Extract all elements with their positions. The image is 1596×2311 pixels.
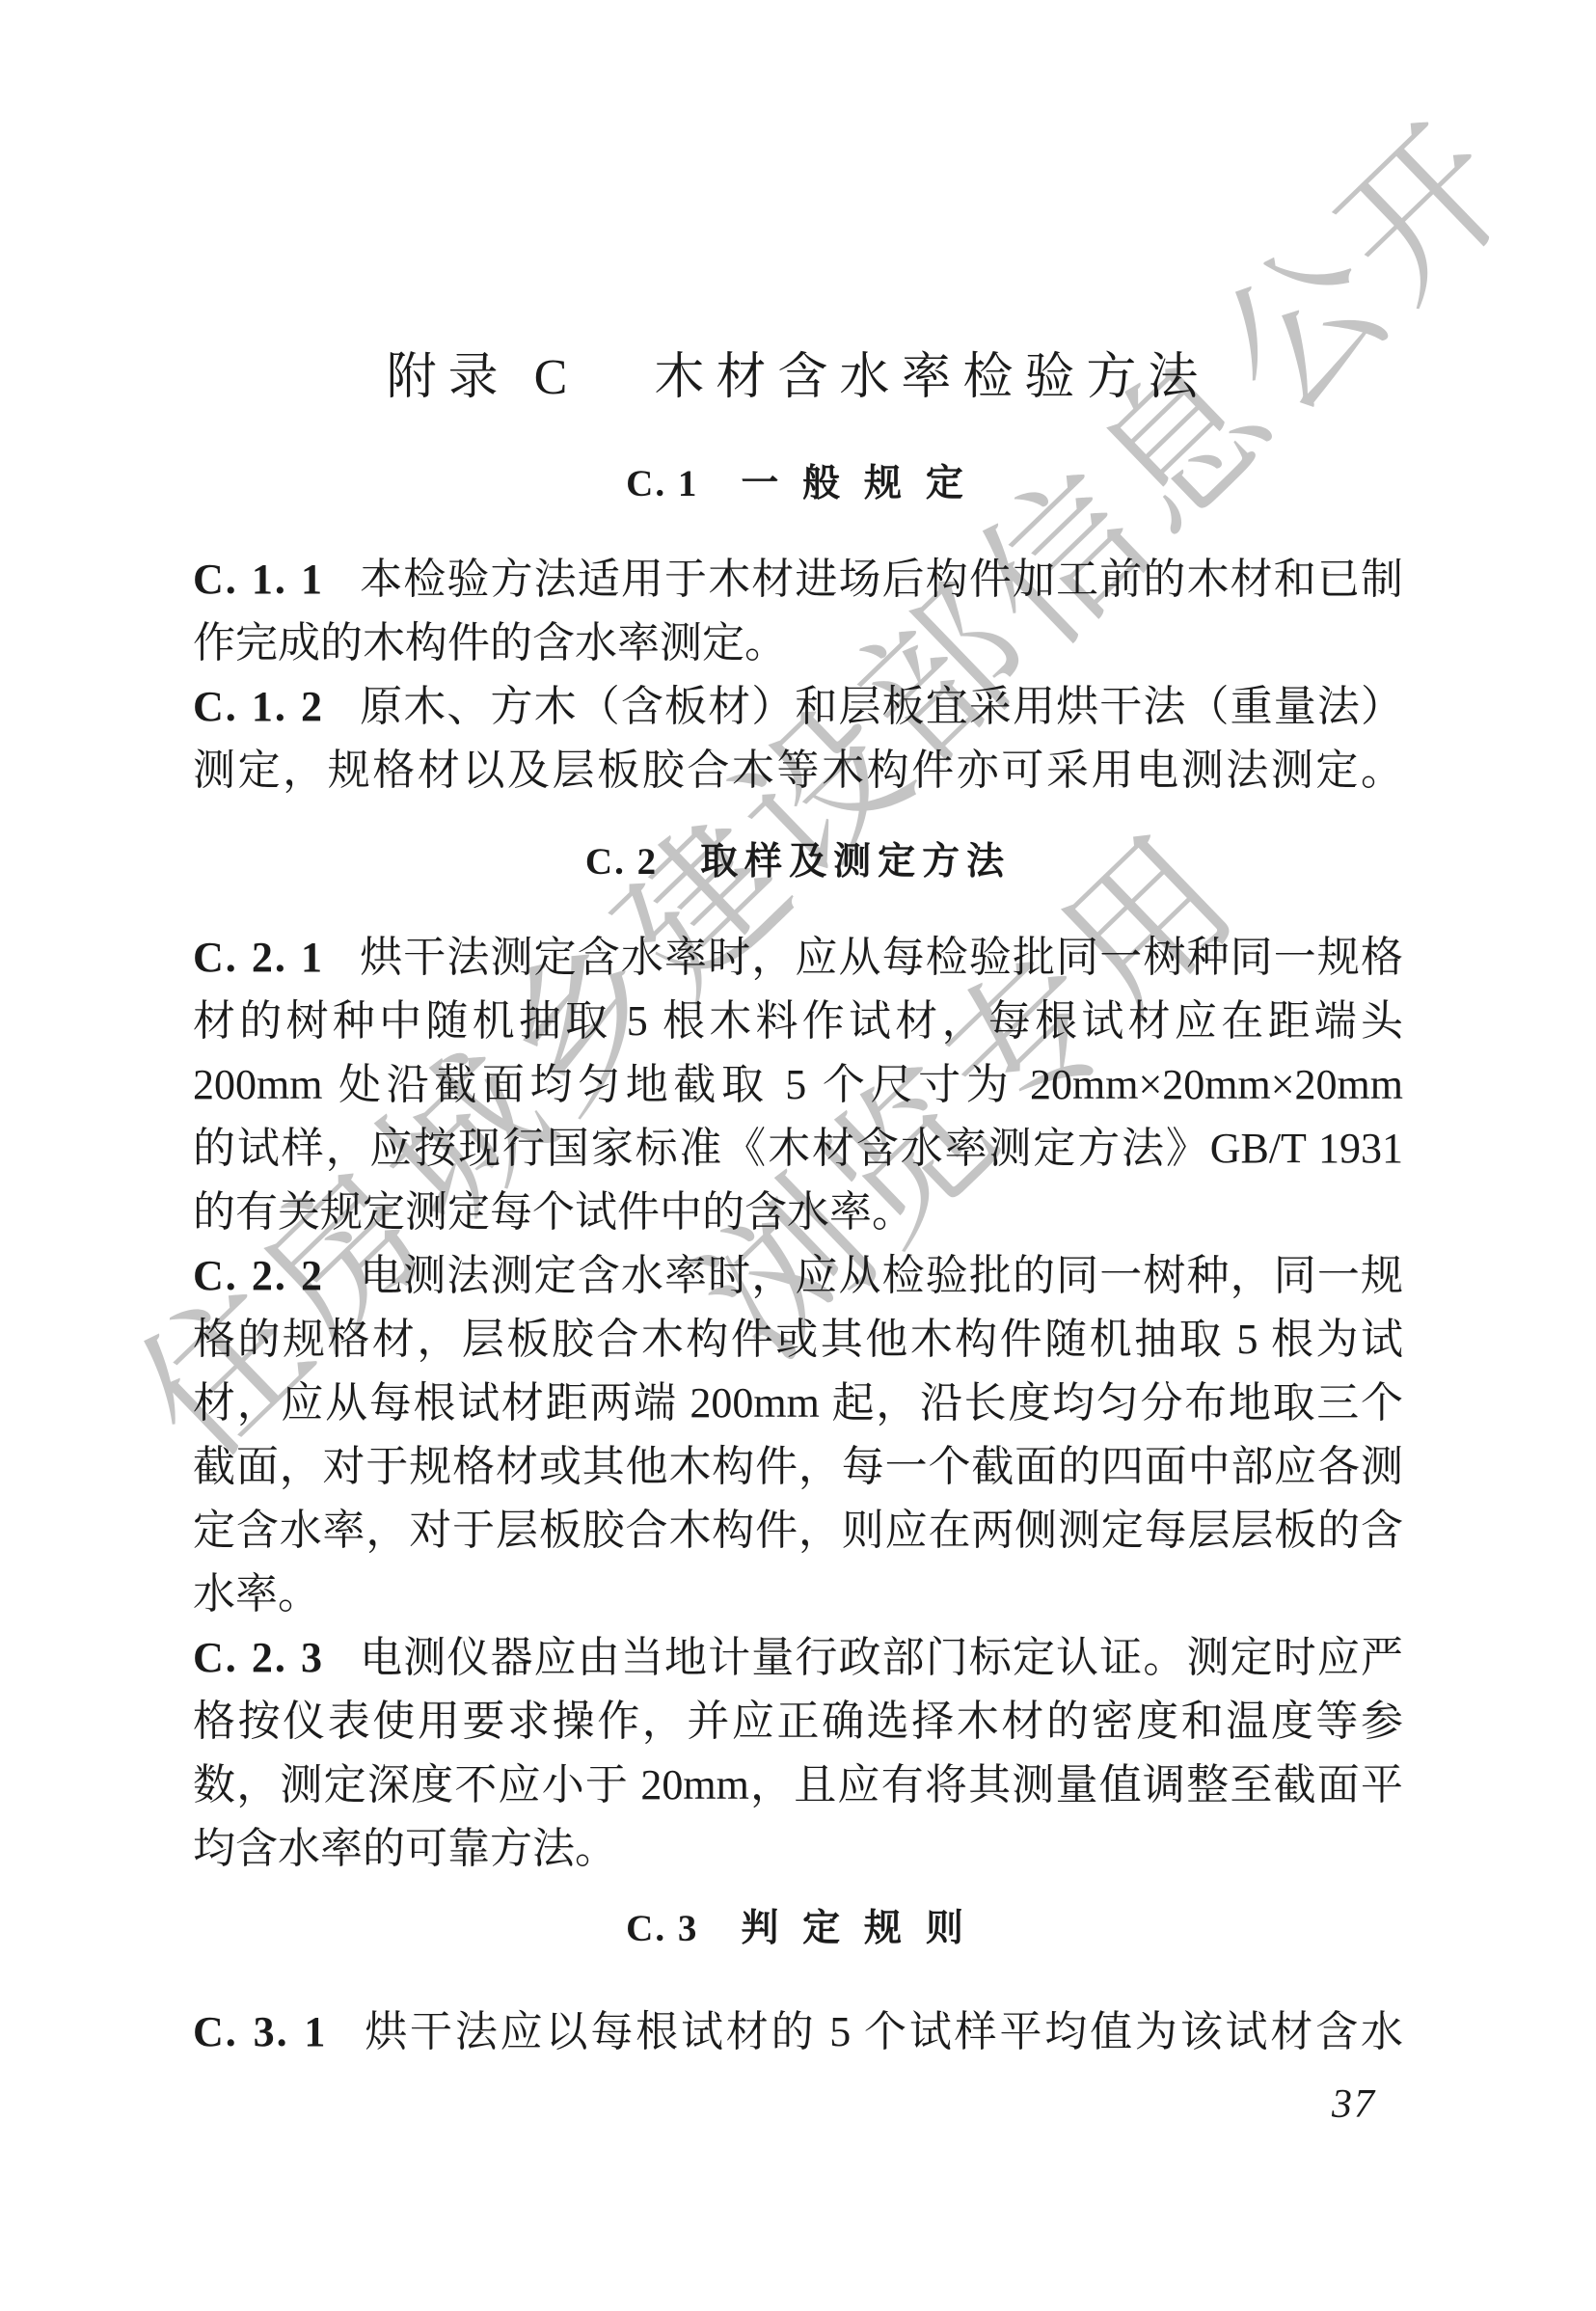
clause-text: 烘干法应以每根试材的 5 个试样平均值为该试材含水	[362, 2008, 1403, 2055]
section-title: 判 定 规 则	[741, 1908, 970, 1949]
clause-number: C. 2. 1	[193, 934, 324, 981]
clause-text: 烘干法测定含水率时，应从每检验批同一树种同一规格	[359, 934, 1403, 981]
text-line: 材，应从每根试材距两端 200mm 起，沿长度均匀分布地取三个	[193, 1372, 1403, 1435]
section-title: 一 般 规 定	[741, 463, 970, 504]
text-line: 格的规格材，层板胶合木构件或其他木构件随机抽取 5 根为试	[193, 1308, 1403, 1372]
appendix-title-text: 木材含水率检验方法	[654, 350, 1209, 405]
text-line: C. 2. 1烘干法测定含水率时，应从每检验批同一树种同一规格	[193, 926, 1403, 990]
page-content: 附录 C木材含水率检验方法 C. 1一 般 规 定 C. 1. 1本检验方法适用…	[0, 0, 1596, 2311]
clause-c1-2: C. 1. 2原木、方木（含板材）和层板宜采用烘干法（重量法） 测定，规格材以及…	[193, 675, 1403, 802]
text-line: C. 1. 2原木、方木（含板材）和层板宜采用烘干法（重量法）	[193, 675, 1403, 739]
clause-c2-3: C. 2. 3电测仪器应由当地计量行政部门标定认证。测定时应严 格按仪表使用要求…	[193, 1626, 1403, 1881]
text-line: 截面，对于规格材或其他木构件，每一个截面的四面中部应各测	[193, 1435, 1403, 1499]
clause-text: 本检验方法适用于木材进场后构件加工前的木材和已制	[359, 556, 1403, 603]
clause-number: C. 2. 2	[193, 1252, 324, 1299]
clause-number: C. 3. 1	[193, 2008, 327, 2055]
clause-text: 电测仪器应由当地计量行政部门标定认证。测定时应严	[359, 1634, 1403, 1681]
clause-c2-2: C. 2. 2电测法测定含水率时，应从检验批的同一树种，同一规 格的规格材，层板…	[193, 1244, 1403, 1626]
text-line: 材的树种中随机抽取 5 根木料作试材，每根试材应在距端头	[193, 990, 1403, 1053]
section-heading-c2: C. 2取样及测定方法	[193, 831, 1403, 885]
clause-c3-1: C. 3. 1烘干法应以每根试材的 5 个试样平均值为该试材含水	[193, 2000, 1403, 2064]
text-line: C. 2. 2电测法测定含水率时，应从检验批的同一树种，同一规	[193, 1244, 1403, 1308]
text-line: 均含水率的可靠方法。	[193, 1817, 1403, 1881]
clause-text: 原木、方木（含板材）和层板宜采用烘干法（重量法）	[359, 683, 1403, 730]
text-line: C. 1. 1本检验方法适用于木材进场后构件加工前的木材和已制	[193, 548, 1403, 612]
appendix-title-number: 附录 C	[387, 350, 580, 405]
clause-number: C. 1. 2	[193, 683, 324, 730]
document-page: 住房城乡建设部信息公开 浏览专用 附录 C木材含水率检验方法 C. 1一 般 规…	[0, 0, 1596, 2311]
clause-number: C. 2. 3	[193, 1634, 324, 1681]
text-line: 的有关规定测定每个试件中的含水率。	[193, 1181, 1403, 1244]
text-line: 作完成的木构件的含水率测定。	[193, 612, 1403, 675]
appendix-title: 附录 C木材含水率检验方法	[193, 336, 1403, 408]
text-line: 定含水率，对于层板胶合木构件，则应在两侧测定每层层板的含	[193, 1499, 1403, 1563]
clause-c1-1: C. 1. 1本检验方法适用于木材进场后构件加工前的木材和已制 作完成的木构件的…	[193, 548, 1403, 675]
section-number: C. 1	[626, 463, 698, 504]
section-number: C. 2	[585, 841, 658, 883]
text-line: C. 3. 1烘干法应以每根试材的 5 个试样平均值为该试材含水	[193, 2000, 1403, 2064]
text-line: 数，测定深度不应小于 20mm，且应有将其测量值调整至截面平	[193, 1754, 1403, 1817]
section-heading-c1: C. 1一 般 规 定	[193, 453, 1403, 507]
section-title: 取样及测定方法	[700, 841, 1011, 883]
text-line: 测定，规格材以及层板胶合木等木构件亦可采用电测法测定。	[193, 739, 1403, 802]
clause-c2-1: C. 2. 1烘干法测定含水率时，应从每检验批同一树种同一规格 材的树种中随机抽…	[193, 926, 1403, 1244]
text-line: 200mm 处沿截面均匀地截取 5 个尺寸为 20mm×20mm×20mm	[193, 1053, 1403, 1117]
section-number: C. 3	[626, 1908, 698, 1949]
text-line: C. 2. 3电测仪器应由当地计量行政部门标定认证。测定时应严	[193, 1626, 1403, 1690]
text-line: 格按仪表使用要求操作，并应正确选择木材的密度和温度等参	[193, 1690, 1403, 1754]
page-number: 37	[1332, 2081, 1376, 2128]
text-line: 的试样，应按现行国家标准《木材含水率测定方法》GB/T 1931	[193, 1117, 1403, 1181]
section-heading-c3: C. 3判 定 规 则	[193, 1898, 1403, 1952]
clause-text: 电测法测定含水率时，应从检验批的同一树种，同一规	[359, 1252, 1403, 1299]
text-line: 水率。	[193, 1563, 1403, 1626]
clause-number: C. 1. 1	[193, 556, 324, 603]
